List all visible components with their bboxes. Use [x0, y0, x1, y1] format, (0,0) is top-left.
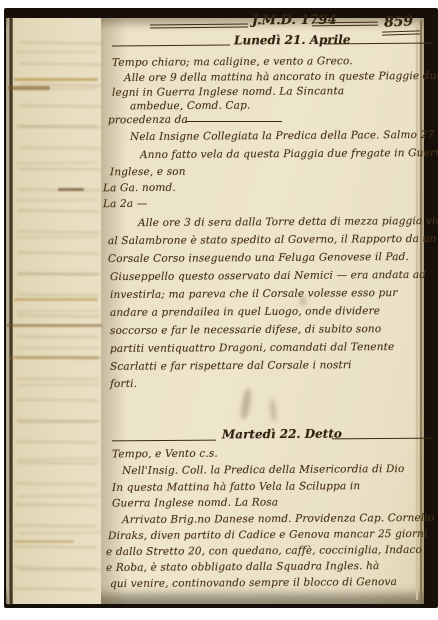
manuscript-line: qui venire, continovando sempre il blocc… [110, 576, 397, 590]
manuscript-line: Tempo, e Vento c.s. [112, 448, 218, 461]
folio-number: 859 [384, 13, 414, 31]
manuscript-line: Inglese, e son [110, 166, 186, 179]
manuscript-line: forti. [110, 378, 137, 390]
facing-page-edge [13, 18, 101, 604]
date-heading: Lunedì 21. Aprile [234, 33, 351, 48]
manuscript-line: La Ga. nomd. [103, 182, 176, 195]
age-streak [14, 298, 98, 301]
manuscript-line: Anno fatto vela da questa Piaggia due fr… [140, 147, 438, 161]
inline-rule [186, 121, 282, 122]
manuscript-line: partiti ventiquattro Dragoni, comandati … [110, 341, 394, 355]
manuscript-line: La 2a — [103, 198, 147, 210]
manuscript-line: procedenza da [108, 114, 188, 127]
year-heading: J.M.D. 1794 [252, 13, 337, 29]
manuscript-line: Diraks, diven partito di Cadice e Genova… [108, 528, 428, 542]
manuscript-line: Guerra Inglese nomd. La Rosa [112, 496, 278, 509]
manuscript-line: Arrivato Brig.no Danese nomd. Providenza… [122, 512, 434, 526]
manuscript-line: al Salambrone è stato spedito al Governo… [108, 233, 436, 247]
manuscript-line: Nela Insigne Collegiata la Predica della… [130, 129, 434, 143]
manuscript-line: Scarlatti e far rispettare dal Corsale i… [110, 359, 352, 373]
manuscript-line: Tempo chiaro; ma caligine, e vento a Gre… [112, 55, 353, 69]
age-streak [14, 540, 74, 543]
manuscript-line: Alle ore 3 di sera dalla Torre detta di … [138, 215, 438, 229]
manuscript-line: ambedue, Comd. Cap. [130, 100, 251, 113]
bleed-through-lines [15, 28, 102, 597]
manuscript-line: andare a prendailea in quel Luogo, onde … [110, 305, 380, 319]
age-streak [6, 324, 102, 327]
manuscript-line: In questa Mattina hà fatto Vela la Scilu… [112, 480, 360, 494]
age-streak [8, 86, 50, 90]
manuscript-line: Giuseppello questo osservato dai Nemici … [110, 269, 426, 283]
age-streak [10, 356, 100, 359]
age-streak [14, 78, 98, 81]
manuscript-line: Alle ore 9 della mattina hà ancorato in … [124, 70, 438, 84]
manuscript-line: Corsale Corso inseguendo una Feluga Geno… [108, 251, 409, 265]
manuscript-line: investirla; ma pareva che il Corsale vol… [110, 287, 398, 301]
manuscript-line: legni in Guerra Inglese nomd. La Sincant… [112, 85, 344, 99]
manuscript-line: Nell'Insig. Coll. la Predica della Miser… [122, 463, 405, 477]
manuscript-scan: J.M.D. 1794 859 Lunedì 21. Aprile Marted… [0, 0, 438, 620]
manuscript-line: e Roba, è stato obbligato dalla Squadra … [106, 560, 380, 574]
date-heading: Martedì 22. Detto [222, 427, 342, 442]
manuscript-line: e dallo Stretto 20, con quedano, caffè, … [106, 544, 422, 558]
age-streak [58, 188, 84, 191]
manuscript-line: soccorso e far le necessarie difese, di … [110, 323, 381, 337]
